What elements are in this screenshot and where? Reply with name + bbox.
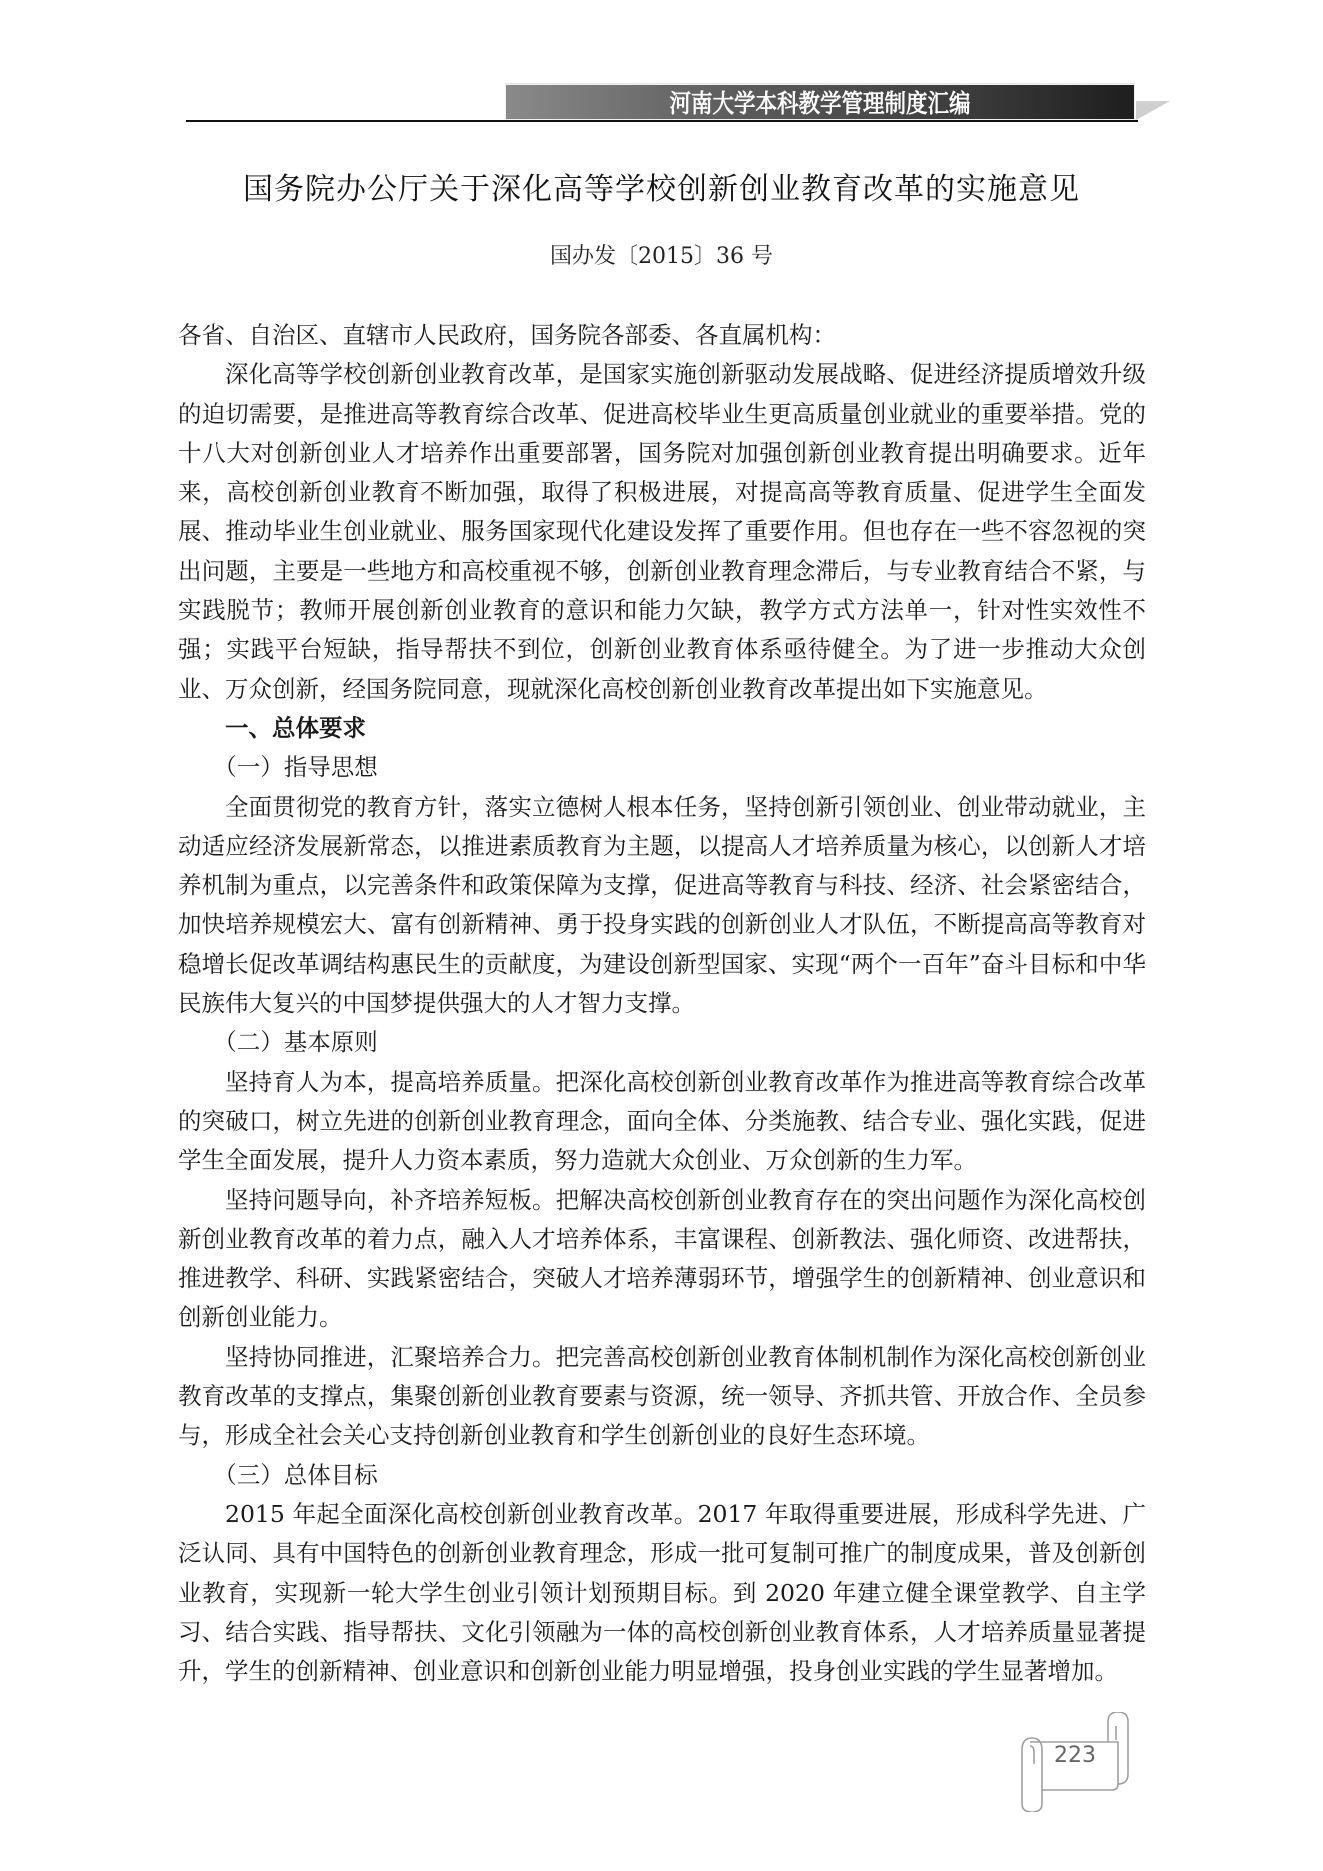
paragraph: 坚持问题导向，补齐培养短板。把解决高校创新创业教育存在的突出问题作为深化高校创新… xyxy=(178,1181,1146,1338)
paragraph: 2015 年起全面深化高校创新创业教育改革。2017 年取得重要进展，形成科学先… xyxy=(178,1495,1146,1691)
document-body: 各省、自治区、直辖市人民政府，国务院各部委、各直属机构： 深化高等学校创新创业教… xyxy=(178,316,1146,1691)
section-heading: 一、总体要求 xyxy=(178,709,1146,748)
document-title: 国务院办公厅关于深化高等学校创新创业教育改革的实施意见 xyxy=(0,170,1323,210)
document-number: 国办发〔2015〕36 号 xyxy=(0,240,1323,274)
header-banner: 河南大学本科教学管理制度汇编 xyxy=(505,83,1135,120)
subsection-heading: （三）总体目标 xyxy=(178,1456,1146,1495)
subsection-heading: （二）基本原则 xyxy=(178,1023,1146,1062)
paragraph: 坚持育人为本，提高培养质量。把深化高校创新创业教育改革作为推进高等教育综合改革的… xyxy=(178,1063,1146,1181)
header-rule xyxy=(186,120,1138,122)
subsection-heading: （一）指导思想 xyxy=(178,748,1146,787)
banner-fold-triangle xyxy=(1136,101,1170,120)
paragraph: 坚持协同推进，汇聚培养合力。把完善高校创新创业教育体制机制作为深化高校创新创业教… xyxy=(178,1338,1146,1456)
paragraph: 全面贯彻党的教育方针，落实立德树人根本任务，坚持创新引领创业、创业带动就业，主动… xyxy=(178,788,1146,1024)
banner-title: 河南大学本科教学管理制度汇编 xyxy=(669,84,970,120)
paragraph: 深化高等学校创新创业教育改革，是国家实施创新驱动发展战略、促进经济提质增效升级的… xyxy=(178,355,1146,709)
salutation: 各省、自治区、直辖市人民政府，国务院各部委、各直属机构： xyxy=(178,316,1146,355)
page-number: 223 xyxy=(1040,1743,1110,1768)
